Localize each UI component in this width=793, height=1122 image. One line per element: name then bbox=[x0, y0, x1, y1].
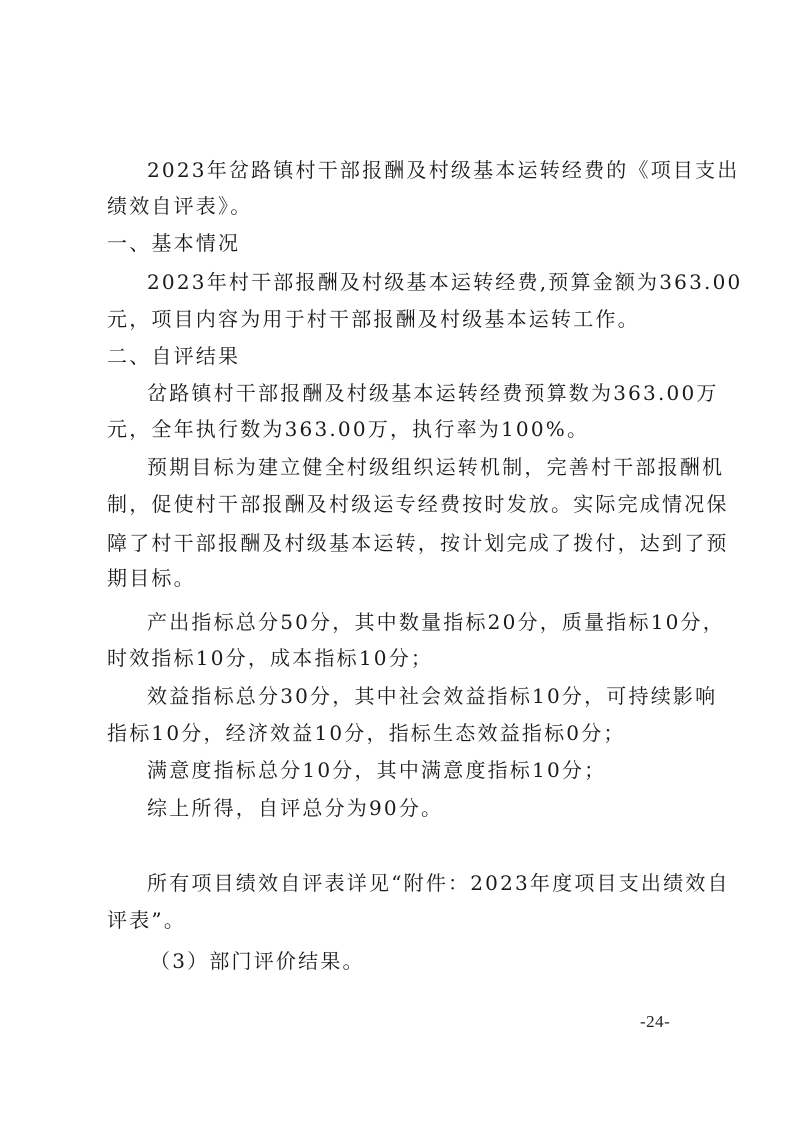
goals-line-3: 障了村干部报酬及村级基本运转，按计划完成了拨付，达到了预 bbox=[107, 529, 691, 557]
basic-info-line-1: 2023年村干部报酬及村级基本运转经费,预算金额为363.00 bbox=[147, 268, 691, 296]
attachment-note-line-2: 评表”。 bbox=[107, 906, 691, 934]
benefit-indicators-line-1: 效益指标总分30分，其中社会效益指标10分，可持续影响 bbox=[147, 682, 691, 710]
subsection-department-evaluation: （3）部门评价结果。 bbox=[150, 947, 734, 975]
section-heading-self-evaluation: 二、自评结果 bbox=[107, 342, 691, 370]
section-heading-basic-info: 一、基本情况 bbox=[107, 229, 691, 257]
execution-line-2: 元，全年执行数为363.00万，执行率为100%。 bbox=[107, 415, 691, 443]
benefit-indicators-line-2: 指标10分，经济效益10分，指标生态效益指标0分； bbox=[107, 719, 691, 747]
execution-line-1: 岔路镇村干部报酬及村级基本运转经费预算数为363.00万 bbox=[147, 379, 691, 407]
intro-line-2: 绩效自评表》。 bbox=[107, 192, 691, 220]
goals-line-1: 预期目标为建立健全村级组织运转机制，完善村干部报酬机 bbox=[147, 453, 691, 481]
goals-line-2: 制，促使村干部报酬及村级运专经费按时发放。实际完成情况保 bbox=[107, 490, 691, 518]
satisfaction-indicators: 满意度指标总分10分，其中满意度指标10分； bbox=[147, 756, 691, 784]
intro-line-1: 2023年岔路镇村干部报酬及村级基本运转经费的《项目支出 bbox=[147, 156, 691, 184]
goals-line-4: 期目标。 bbox=[107, 564, 691, 592]
attachment-note-line-1: 所有项目绩效自评表详见“附件：2023年度项目支出绩效自 bbox=[147, 869, 691, 897]
page-number: -24- bbox=[640, 1012, 670, 1032]
output-indicators-line-2: 时效指标10分，成本指标10分； bbox=[107, 644, 691, 672]
output-indicators-line-1: 产出指标总分50分，其中数量指标20分，质量指标10分， bbox=[147, 608, 691, 636]
basic-info-line-2: 元，项目内容为用于村干部报酬及村级基本运转工作。 bbox=[107, 305, 691, 333]
total-score: 综上所得，自评总分为90分。 bbox=[147, 794, 691, 822]
